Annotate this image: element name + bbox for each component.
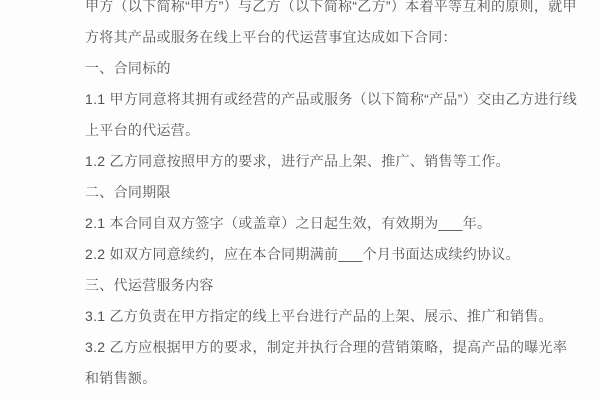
doc-line-intro-1: 甲方（以下简称“甲方”）与乙方（以下简称“乙方”）本着平等互利的原则，就甲 (85, 0, 545, 22)
doc-line-clause-2-2: 2.2 如双方同意续约，应在本合同期满前___个月书面达成续约协议。 (85, 239, 545, 270)
doc-line-clause-3-1: 3.1 乙方负责在甲方指定的线上平台进行产品的上架、展示、推广和销售。 (85, 301, 545, 332)
doc-heading-section-2: 二、合同期限 (85, 177, 545, 208)
document-page: 甲方（以下简称“甲方”）与乙方（以下简称“乙方”）本着平等互利的原则，就甲 方将… (0, 0, 600, 400)
doc-line-clause-3-2a: 3.2 乙方应根据甲方的要求，制定并执行合理的营销策略，提高产品的曝光率 (85, 332, 545, 363)
doc-heading-section-1: 一、合同标的 (85, 53, 545, 84)
doc-heading-section-3: 三、代运营服务内容 (85, 270, 545, 301)
doc-line-clause-3-2b: 和销售额。 (85, 363, 545, 394)
doc-line-intro-2: 方将其产品或服务在线上平台的代运营事宜达成如下合同： (85, 22, 545, 53)
doc-line-clause-1-2: 1.2 乙方同意按照甲方的要求，进行产品上架、推广、销售等工作。 (85, 146, 545, 177)
doc-line-clause-1-1b: 上平台的代运营。 (85, 115, 545, 146)
doc-line-clause-2-1: 2.1 本合同自双方签字（或盖章）之日起生效，有效期为___年。 (85, 208, 545, 239)
doc-line-clause-1-1a: 1.1 甲方同意将其拥有或经营的产品或服务（以下简称“产品”）交由乙方进行线 (85, 84, 545, 115)
contract-text-block: 甲方（以下简称“甲方”）与乙方（以下简称“乙方”）本着平等互利的原则，就甲 方将… (85, 0, 545, 394)
